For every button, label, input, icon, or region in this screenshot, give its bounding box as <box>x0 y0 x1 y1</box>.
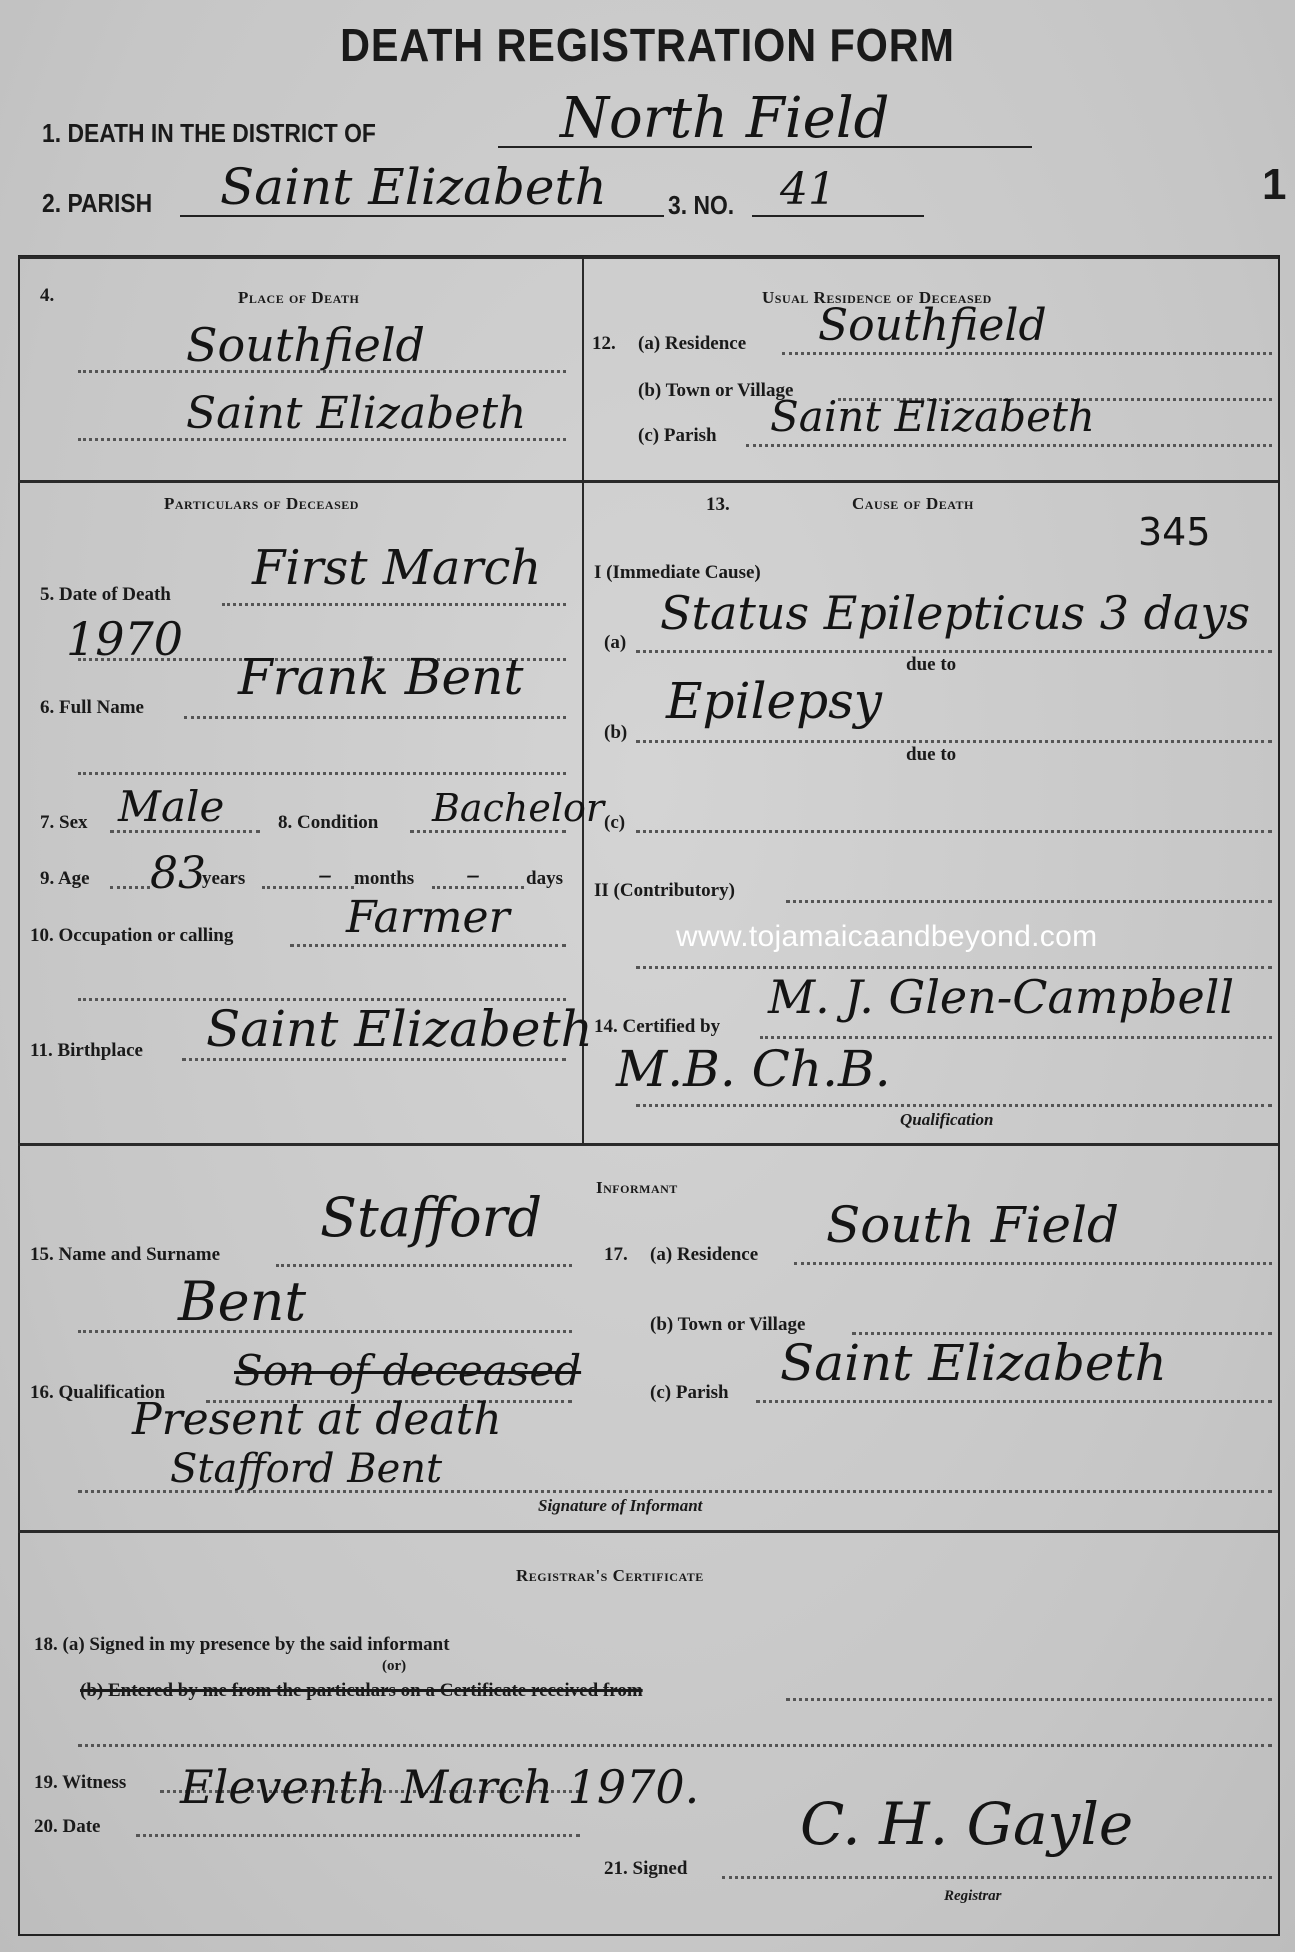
number-underline <box>752 215 924 217</box>
qualification-caption: Qualification <box>900 1110 994 1130</box>
rule-after-place <box>18 480 1278 483</box>
age-months-line <box>262 886 354 889</box>
district-label: 1. DEATH IN THE DISTRICT OF <box>42 118 376 149</box>
name-line-2 <box>78 772 566 775</box>
document-page: DEATH REGISTRATION FORM 1 1. DEATH IN TH… <box>0 0 1295 1952</box>
page-corner-number: 1 <box>1262 160 1286 210</box>
informant-qualification-value: Present at death <box>132 1394 502 1445</box>
informant-name-value-1: Stafford <box>320 1186 542 1249</box>
or-text: (or) <box>382 1658 406 1675</box>
reference-number: 345 <box>1138 510 1211 554</box>
informant-residence-value: South Field <box>826 1196 1119 1254</box>
residence-line <box>782 352 1272 355</box>
informant-parish-label: (c) Parish <box>650 1382 729 1404</box>
contributory-line-2 <box>636 966 1272 969</box>
certified-by-label: 14. Certified by <box>594 1016 720 1038</box>
cause-a-line <box>636 650 1272 653</box>
informant-name-line-2 <box>78 1330 572 1333</box>
cause-c-line <box>636 830 1272 833</box>
age-years-value: 83 <box>150 848 206 899</box>
registration-date-value: Eleventh March 1970. <box>180 1760 699 1814</box>
date-of-death-label: 5. Date of Death <box>40 584 171 606</box>
certifier-qualification-value: M.B. Ch.B. <box>616 1040 891 1098</box>
age-label: 9. Age <box>40 868 90 890</box>
condition-label: 8. Condition <box>278 812 378 834</box>
residence-label: (a) Residence <box>638 333 746 355</box>
rule-after-particulars <box>18 1143 1278 1146</box>
item-18b-line-2 <box>78 1744 1272 1747</box>
birthplace-value: Saint Elizabeth <box>206 1000 593 1058</box>
cause-a-label: (a) <box>604 632 626 654</box>
parish-label: 2. PARISH <box>42 188 152 219</box>
date-of-death-value: First March <box>252 540 541 596</box>
informant-residence-number: 17. <box>604 1244 628 1266</box>
top-rule <box>18 256 1278 259</box>
full-name-value: Frank Bent <box>238 648 523 706</box>
date-line <box>136 1834 580 1837</box>
age-years-line <box>110 886 150 889</box>
cause-a-value: Status Epilepticus 3 days <box>660 586 1250 640</box>
occupation-label: 10. Occupation or calling <box>30 925 233 947</box>
number-value: 41 <box>780 164 836 215</box>
place-value-1: Southfield <box>186 318 425 372</box>
registrar-caption: Registrar <box>944 1888 1002 1905</box>
age-days-value: – <box>466 858 480 891</box>
occupation-value: Farmer <box>346 892 510 943</box>
contributory-label: II (Contributory) <box>594 880 735 902</box>
cause-c-label: (c) <box>604 812 625 834</box>
residence-value: Southfield <box>818 300 1047 351</box>
rule-after-informant <box>18 1530 1278 1533</box>
sex-value: Male <box>118 782 224 831</box>
witness-label: 19. Witness <box>34 1772 126 1794</box>
informant-parish-line <box>756 1400 1272 1403</box>
cause-b-value: Epilepsy <box>666 672 882 730</box>
signature-caption: Signature of Informant <box>538 1496 702 1516</box>
cause-b-label: (b) <box>604 722 627 744</box>
residence-number: 12. <box>592 333 616 355</box>
watermark: www.tojamaicaandbeyond.com <box>676 920 1097 954</box>
months-label: months <box>354 868 414 890</box>
registrar-heading: Registrar's Certificate <box>516 1566 704 1586</box>
residence-parish-label: (c) Parish <box>638 425 717 447</box>
due-to-1: due to <box>906 654 956 676</box>
full-name-label: 6. Full Name <box>40 697 144 719</box>
age-months-value: – <box>318 858 332 891</box>
qualification-line <box>636 1104 1272 1107</box>
informant-name-value-2: Bent <box>178 1270 306 1333</box>
parish-value: Saint Elizabeth <box>220 158 607 216</box>
signed-label: 21. Signed <box>604 1858 687 1880</box>
days-label: days <box>526 868 563 890</box>
certified-by-value: M. J. Glen-Campbell <box>768 970 1234 1024</box>
cause-b-line <box>636 740 1272 743</box>
date-of-death-year: 1970 <box>66 612 183 666</box>
form-title: DEATH REGISTRATION FORM <box>65 18 1231 72</box>
particulars-heading: Particulars of Deceased <box>164 494 359 514</box>
informant-town-label: (b) Town or Village <box>650 1314 805 1336</box>
informant-qualification-struck: Son of deceased <box>234 1346 581 1395</box>
informant-name-line <box>276 1264 572 1267</box>
informant-residence-line <box>794 1262 1272 1265</box>
item-18b-line <box>786 1698 1272 1701</box>
birthplace-line <box>182 1058 566 1061</box>
sex-label: 7. Sex <box>40 812 88 834</box>
item-18a: 18. (a) Signed in my presence by the sai… <box>34 1634 450 1656</box>
certified-line <box>760 1036 1272 1039</box>
immediate-cause-label: I (Immediate Cause) <box>594 562 761 584</box>
signed-line <box>722 1876 1272 1879</box>
district-value: North Field <box>560 86 890 151</box>
residence-parish-value: Saint Elizabeth <box>770 392 1095 441</box>
date-line-1 <box>222 603 566 606</box>
place-heading: Place of Death <box>238 288 359 308</box>
registrar-signature: C. H. Gayle <box>800 1790 1133 1858</box>
number-label: 3. NO. <box>668 190 734 221</box>
cause-number: 13. <box>706 494 730 516</box>
birthplace-label: 11. Birthplace <box>30 1040 143 1062</box>
informant-parish-value: Saint Elizabeth <box>780 1334 1167 1392</box>
place-number: 4. <box>40 285 54 307</box>
residence-parish-line <box>746 444 1272 447</box>
due-to-2: due to <box>906 744 956 766</box>
informant-name-label: 15. Name and Surname <box>30 1244 220 1266</box>
condition-value: Bachelor <box>432 786 604 830</box>
item-18b: (b) Entered by me from the particulars o… <box>80 1680 643 1702</box>
informant-signature: Stafford Bent <box>170 1446 442 1492</box>
place-value-2: Saint Elizabeth <box>186 388 526 439</box>
date-label: 20. Date <box>34 1816 100 1838</box>
condition-line <box>410 830 566 833</box>
informant-heading: Informant <box>596 1178 678 1198</box>
cause-heading: Cause of Death <box>852 494 974 514</box>
occupation-line <box>290 944 566 947</box>
contributory-line <box>786 900 1272 903</box>
years-label: years <box>202 868 245 890</box>
informant-residence-label: (a) Residence <box>650 1244 758 1266</box>
name-line-1 <box>184 716 566 719</box>
